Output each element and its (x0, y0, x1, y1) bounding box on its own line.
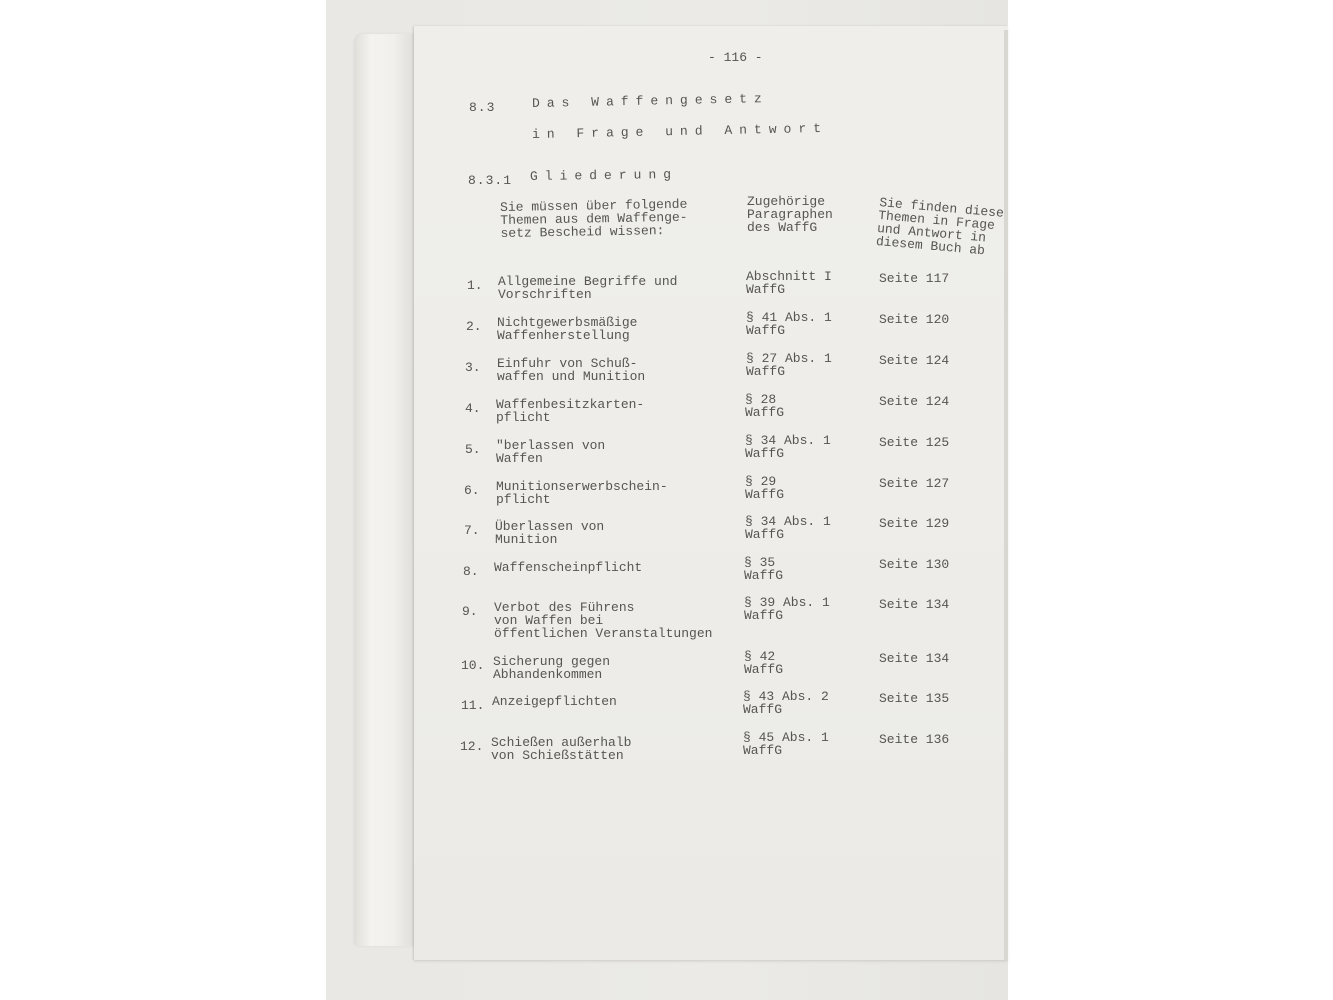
row-number: 11. (461, 699, 484, 712)
table-header-page: Sie finden diese Themen in Frage und Ant… (875, 196, 1004, 259)
section-number: 8.3 (469, 101, 495, 114)
row-page-reference: Seite 124 (879, 395, 949, 408)
row-page-reference: Seite 135 (879, 692, 949, 705)
row-page-reference: Seite 125 (879, 436, 949, 449)
row-topic: Allgemeine Begriffe und Vorschriften (498, 275, 677, 301)
row-paragraph: § 34 Abs. 1 WaffG (745, 434, 831, 460)
row-number: 8. (463, 565, 479, 578)
row-number: 4. (465, 402, 481, 415)
row-number: 10. (461, 659, 484, 672)
row-topic: Anzeigepflichten (492, 695, 617, 708)
row-number: 9. (462, 605, 478, 618)
row-page-reference: Seite 136 (879, 733, 949, 746)
row-paragraph: Abschnitt I WaffG (746, 270, 832, 296)
row-number: 5. (465, 443, 481, 456)
row-topic: Munitionserwerbschein- pflicht (496, 480, 668, 506)
row-page-reference: Seite 129 (879, 517, 949, 530)
row-number: 6. (464, 484, 480, 497)
row-paragraph: § 28 WaffG (745, 393, 784, 419)
subsection-title: Gliederung (530, 168, 678, 183)
row-topic: Waffenscheinpflicht (494, 561, 642, 574)
row-page-reference: Seite 117 (879, 272, 949, 285)
row-page-reference: Seite 127 (879, 477, 949, 490)
row-paragraph: § 45 Abs. 1 WaffG (743, 731, 829, 757)
row-topic: Einfuhr von Schuß- waffen und Munition (497, 357, 645, 383)
row-number: 12. (460, 740, 483, 753)
page-number: - 116 - (708, 51, 763, 64)
row-topic: Sicherung gegen Abhandenkommen (493, 655, 610, 681)
book-spine (356, 34, 418, 946)
row-page-reference: Seite 134 (879, 598, 949, 611)
row-page-reference: Seite 130 (879, 558, 949, 571)
row-number: 7. (464, 524, 480, 537)
row-number: 3. (465, 361, 481, 374)
row-paragraph: § 35 WaffG (744, 556, 783, 582)
page-edge (1004, 30, 1008, 960)
row-topic: Nichtgewerbsmäßige Waffenherstellung (497, 316, 637, 342)
table-header-topic: Sie müssen über folgende Themen aus dem … (500, 198, 688, 240)
row-topic: Verbot des Führens von Waffen bei öffent… (494, 601, 712, 640)
row-paragraph: § 34 Abs. 1 WaffG (745, 515, 831, 541)
row-page-reference: Seite 120 (879, 313, 949, 326)
row-topic: Schießen außerhalb von Schießstätten (491, 736, 631, 762)
row-number: 1. (467, 279, 483, 292)
row-topic: Waffenbesitzkarten- pflicht (496, 398, 644, 424)
row-number: 2. (466, 320, 482, 333)
row-paragraph: § 39 Abs. 1 WaffG (744, 596, 830, 622)
row-page-reference: Seite 134 (879, 652, 949, 665)
row-paragraph: § 29 WaffG (745, 475, 784, 501)
row-page-reference: Seite 124 (879, 354, 949, 367)
row-topic: Überlassen von Munition (495, 520, 604, 546)
row-paragraph: § 41 Abs. 1 WaffG (746, 311, 832, 337)
row-topic: "berlassen von Waffen (496, 439, 605, 465)
table-header-paragraph: Zugehörige Paragraphen des WaffG (747, 195, 833, 234)
subsection-number: 8.3.1 (468, 174, 512, 187)
row-paragraph: § 42 WaffG (744, 650, 783, 676)
row-paragraph: § 27 Abs. 1 WaffG (746, 352, 832, 378)
row-paragraph: § 43 Abs. 2 WaffG (743, 690, 829, 716)
